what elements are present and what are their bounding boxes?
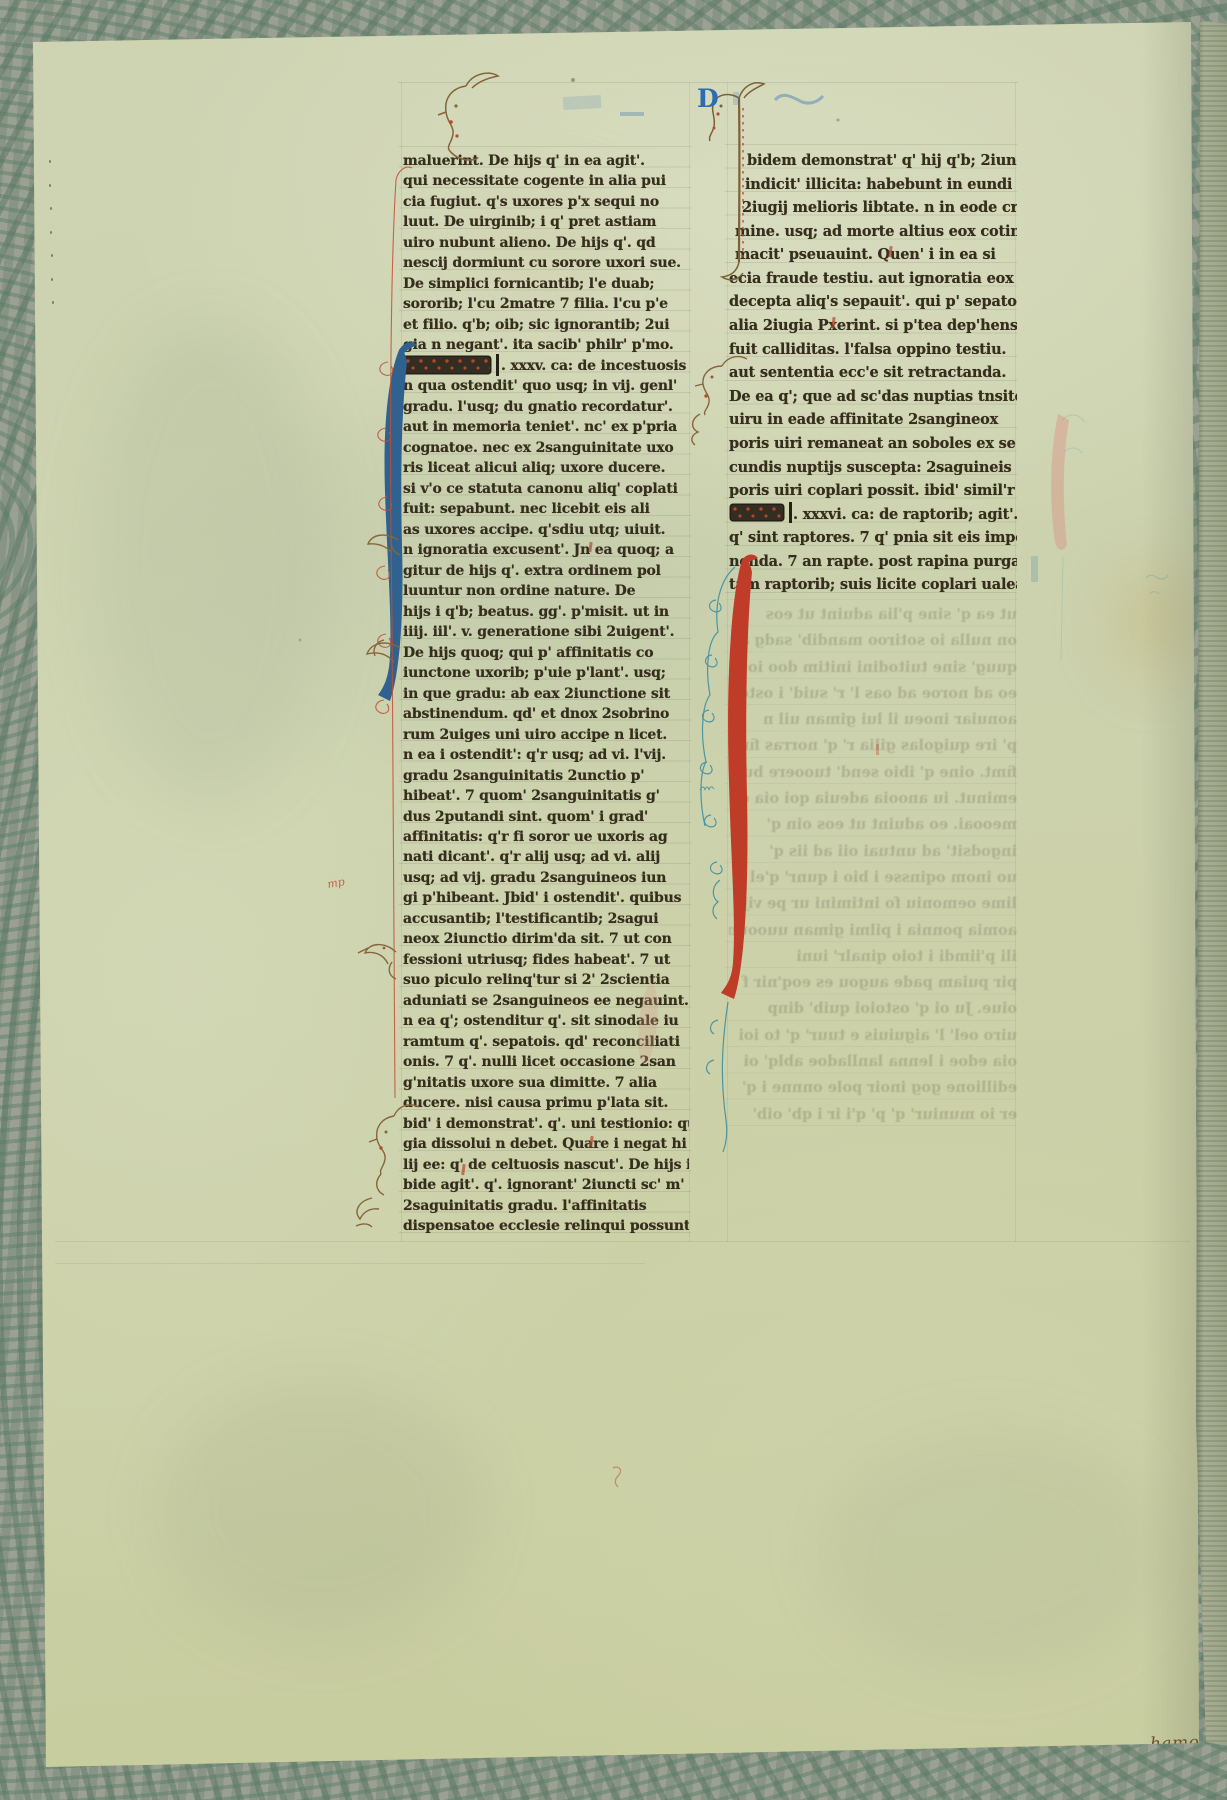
manuscript-text-line: nenda. 7 an rapte. post rapina purga xyxy=(729,550,1017,574)
manuscript-text-line: lij ee: q' de celtuosis nascut'. De hijs… xyxy=(403,1155,689,1175)
show-through-line: uo inom oqinsse i bio i qunr' q'el xyxy=(729,865,1017,891)
running-header-marks: D xyxy=(563,84,823,116)
manuscript-text-line: si v'o ce statuta canonu aliq' coplati xyxy=(403,479,689,499)
show-through-line: meooai. eo aduint ut eos oin q' xyxy=(729,812,1017,838)
manuscript-text-line: q' sint raptores. 7 q' pnia sit eis impo xyxy=(729,526,1017,550)
pricking-holes xyxy=(50,207,52,210)
manuscript-text-line: poris uiri coplari possit. ibid' simil'r… xyxy=(729,479,1017,503)
manuscript-text-line: rum 2uiges uni uiro accipe n licet. xyxy=(403,725,689,745)
manuscript-text-line: affinitatis: q'r fi soror ue uxoris ag xyxy=(403,827,689,847)
manuscript-text-line: aut sententia ecc'e sit retractanda. xyxy=(729,361,1017,385)
manuscript-text-line: fuit: sepabunt. nec licebit eis ali xyxy=(403,499,689,519)
show-through-line: quug' sine tuitodini initim doo io xyxy=(729,655,1017,681)
text-column-left: maluerint. De hijs q' in ea agit'.qui ne… xyxy=(403,151,689,1237)
manuscript-text-line: ris liceat alicui aliq; uxore ducere. xyxy=(403,458,689,478)
manuscript-text-line: aduniati se 2sanguineos ee negauint. xyxy=(403,991,689,1011)
ruling-line xyxy=(55,1263,645,1264)
manuscript-text-line: fuit calliditas. l'falsa oppino testiu. xyxy=(729,338,1017,362)
ruling-line xyxy=(401,82,402,1242)
manuscript-text-line: alia 2iugia Pxerint. si p'tea dep'hensa xyxy=(729,314,1017,338)
show-through-line: edillione gog inoir pole onnne i q' xyxy=(729,1075,1017,1101)
manuscript-text-line: indicit' illicita: habebunt in eundi xyxy=(729,173,1017,197)
drollery-leaf-left-icon xyxy=(367,535,400,662)
pricking-holes xyxy=(52,301,54,304)
parchment-stain xyxy=(160,1380,480,1640)
pricking-holes xyxy=(51,254,53,257)
showthrough-pink-initial xyxy=(1051,414,1069,550)
show-through-line: p' ire quigolas gilia r' q' norras fino xyxy=(729,733,1017,759)
show-through-line: lime oemoniu fo intimini ur pe vij xyxy=(729,891,1017,917)
manuscript-text-line: cundis nuptijs suscepta: 2saguineis xyxy=(729,456,1017,480)
text-column-right: bidem demonstrat' q' hij q'b; 2iunctioin… xyxy=(729,149,1017,597)
manuscript-text-line: iunctone uxorib; p'uie p'lant'. usq; xyxy=(403,663,689,683)
drollery-bird-left-icon xyxy=(358,945,396,979)
ruling-line xyxy=(398,82,1018,83)
manuscript-text-line: De simplici fornicantib; l'e duab; xyxy=(403,274,689,294)
manuscript-text-line: luuntur non ordine nature. De xyxy=(403,581,689,601)
manuscript-text-line: abstinendum. qd' et dnox 2sobrino xyxy=(403,704,689,724)
show-through-line: ili p'iimdi i toio qinalr' iuni xyxy=(729,944,1017,970)
parchment-stain xyxy=(820,1430,1160,1670)
manuscript-text-line: qui necessitate cogente in alia pui xyxy=(403,171,689,191)
teal-scribble-icon xyxy=(1150,592,1160,594)
manuscript-text-line: uiru in eade affinitate 2sangineox xyxy=(729,408,1017,432)
manuscript-text-line: hijs i q'b; beatus. gg'. p'misit. ut in xyxy=(403,602,689,622)
ruling-line xyxy=(55,1241,1190,1242)
manuscript-text-line: as uxores accipe. q'sdiu utq; uiuit. xyxy=(403,520,689,540)
manuscript-text-line: iiij. iil'. v. generatione sibi 2uigent'… xyxy=(403,622,689,642)
pricking-holes xyxy=(49,184,51,187)
verso-show-through: ut ea q' sine p'lia aduint ut eoson null… xyxy=(729,602,1017,1132)
manuscript-text-line: onis. 7 q'. nulli licet occasione 2san xyxy=(403,1052,689,1072)
show-through-line: fimt. oine q' ibio send' tuooere bue xyxy=(729,760,1017,786)
manuscript-text-line: in que gradu: ab eax 2iunctione sit xyxy=(403,684,689,704)
show-through-line: aonuiar inoeu il lui giman uil n xyxy=(729,707,1017,733)
manuscript-text-line: mine. usq; ad morte altius eox cotinua xyxy=(729,220,1017,244)
manuscript-text-line: bide agit'. q'. ignorant' 2iuncti sc' m' xyxy=(403,1175,689,1195)
manuscript-text-line: bid' i demonstrat'. q'. uni testionio: q… xyxy=(403,1114,689,1134)
ink-fleck xyxy=(299,639,302,642)
show-through-line: oiue. Ju oi q' ostoioi quib' dinp xyxy=(729,996,1017,1022)
manuscript-text-line: cia fugiut. q's uxores p'x sequi no xyxy=(403,192,689,212)
manuscript-text-line: luut. De uirginib; i q' pret astiam xyxy=(403,212,689,232)
ruling-line xyxy=(727,82,728,1242)
manuscript-text-line: et filio. q'b; oib; sic ignorantib; 2ui xyxy=(403,315,689,335)
manuscript-text-line: ducere. nisi causa primu p'lata sit. xyxy=(403,1093,689,1113)
manuscript-text-line: tam raptorib; suis licite coplari ualeat… xyxy=(729,573,1017,597)
manuscript-text-line: nati dicant'. q'r alij usq; ad vi. alij xyxy=(403,847,689,867)
manuscript-text-line: dus 2putandi sint. quom' i grad' xyxy=(403,807,689,827)
showthrough-teal-curl xyxy=(1062,415,1084,453)
show-through-line: ingodsit' ad untuai oii ad iis q' xyxy=(729,839,1017,865)
manuscript-text-line: 2saguinitatis gradu. l'affinitatis xyxy=(403,1196,689,1216)
teal-scribble-icon xyxy=(1146,575,1168,579)
showthrough-teal-bar xyxy=(1031,556,1038,582)
manuscript-photo: ut ea q' sine p'lia aduint ut eoson null… xyxy=(0,0,1227,1800)
manuscript-text-line: dispensatoe ecclesie relinqui possunt. xyxy=(403,1216,689,1236)
manuscript-text-line: g'nitatis uxore sua dimitte. 7 alia xyxy=(403,1073,689,1093)
manuscript-text-line: neox 2iunctio dirim'da sit. 7 ut con xyxy=(403,929,689,949)
manuscript-text-line: gitur de hijs q'. extra ordinem pol xyxy=(403,561,689,581)
manuscript-text-line: suo piculo relinq'tur si 2' 2scientia xyxy=(403,970,689,990)
show-through-line: eo ad noroe ad oas l' r' suid' i ostoid' xyxy=(729,681,1017,707)
show-through-line: pir puiam pade augou es eoq'nir f xyxy=(729,970,1017,996)
manuscript-text-line: n ea i ostendit': q'r usq; ad vi. l'vij. xyxy=(403,745,689,765)
manuscript-text-line: cognatoe. nec ex 2sanguinitate uxo xyxy=(403,438,689,458)
chapter-rubric-box-left xyxy=(404,357,490,373)
parchment-page: ut ea q' sine p'lia aduint ut eoson null… xyxy=(0,0,1227,1800)
manuscript-text-line: sororib; l'cu 2matre 7 filia. l'cu p'e xyxy=(403,294,689,314)
manuscript-text-line: n qua ostendit' quo usq; in vij. genl' xyxy=(403,376,689,396)
running-letter: D xyxy=(697,84,719,113)
manuscript-text-line: gradu 2sanguinitatis 2unctio p' xyxy=(403,766,689,786)
pricking-holes xyxy=(50,231,52,234)
pricking-holes xyxy=(49,160,51,163)
manuscript-text-line: bidem demonstrat' q' hij q'b; 2iunctio xyxy=(729,149,1017,173)
ink-fleck xyxy=(837,119,840,122)
parchment-stain xyxy=(1110,560,1200,680)
manuscript-text-line: gi p'hibeant. Jbid' i ostendit'. quibus xyxy=(403,888,689,908)
show-through-line: eminut. iu anooia adeuia qoi oia en xyxy=(729,786,1017,812)
manuscript-text-line: n ea q'; ostenditur q'. sit sinodale iu xyxy=(403,1011,689,1031)
margin-scribble: mp xyxy=(326,875,345,891)
showthrough-teal-line xyxy=(1061,556,1063,660)
pricking-holes xyxy=(51,278,53,281)
show-through-line: on nulla io sotiroo mandib' sadg a xyxy=(729,628,1017,654)
manuscript-text-line: 2iugij melioris libtate. n in eode cri xyxy=(729,196,1017,220)
manuscript-text-line: gia dissolui n debet. Quare i negat hi xyxy=(403,1134,689,1154)
show-through-line: oia edoe i lenna lanlladoe ablq' oi xyxy=(729,1049,1017,1075)
manuscript-text-line: De ea q'; que ad sc'das nuptias tnsito xyxy=(729,385,1017,409)
show-through-line: aomia ponnia i pilmi giman uuooun xyxy=(729,918,1017,944)
manuscript-text-line: macit' pseuauint. Quen' i in ea si xyxy=(729,243,1017,267)
manuscript-text-line: gia n negant'. ita sacib' philr' p'mo. xyxy=(403,335,689,355)
manuscript-text-line: poris uiri remaneat an soboles ex se xyxy=(729,432,1017,456)
manuscript-text-line: aut in memoria teniet'. nc' ex p'pria xyxy=(403,417,689,437)
manuscript-text-line: gradu. l'usq; du gnatio recordatur'. xyxy=(403,397,689,417)
manuscript-text-line: De hijs quoq; qui p' affinitatis co xyxy=(403,643,689,663)
manuscript-text-line: fessioni utriusq; fides habeat'. 7 ut xyxy=(403,950,689,970)
manuscript-text-line: usq; ad vij. gradu 2sanguineos iun xyxy=(403,868,689,888)
manuscript-text-line: maluerint. De hijs q' in ea agit'. xyxy=(403,151,689,171)
manuscript-text-line: nescij dormiunt cu sorore uxori sue. xyxy=(403,253,689,273)
manuscript-text-line: accusantib; l'testificantib; 2sagui xyxy=(403,909,689,929)
chapter-rubric-box-right xyxy=(731,505,783,520)
manuscript-text-line: decepta aliq's sepauit'. qui p' sepatoem xyxy=(729,290,1017,314)
manuscript-text-line: n ignoratia excusent'. Jn ea quoq; a xyxy=(403,540,689,560)
manuscript-text-line: ecia fraude testiu. aut ignoratia eox xyxy=(729,267,1017,291)
ruling-line xyxy=(689,82,690,1242)
show-through-line: ut ea q' sine p'lia aduint ut eos xyxy=(729,602,1017,628)
small-red-mark-icon xyxy=(613,1467,620,1487)
ink-fleck xyxy=(571,78,575,82)
manuscript-text-line: hibeat'. 7 quom' 2sanguinitatis g' xyxy=(403,786,689,806)
show-through-line: er io muniur' q' p' q'i ir i qb' oib' xyxy=(729,1102,1017,1128)
drollery-face-top-left-icon xyxy=(438,73,498,160)
manuscript-text-line: ramtum q'. sepatois. qd' reconciliati xyxy=(403,1032,689,1052)
manuscript-text-line: uiro nubunt alieno. De hijs q'. qd xyxy=(403,233,689,253)
parchment-stain xyxy=(90,320,330,800)
show-through-line: uiro oel' l' aiguiuis e tuur' q' to ioi xyxy=(729,1023,1017,1049)
